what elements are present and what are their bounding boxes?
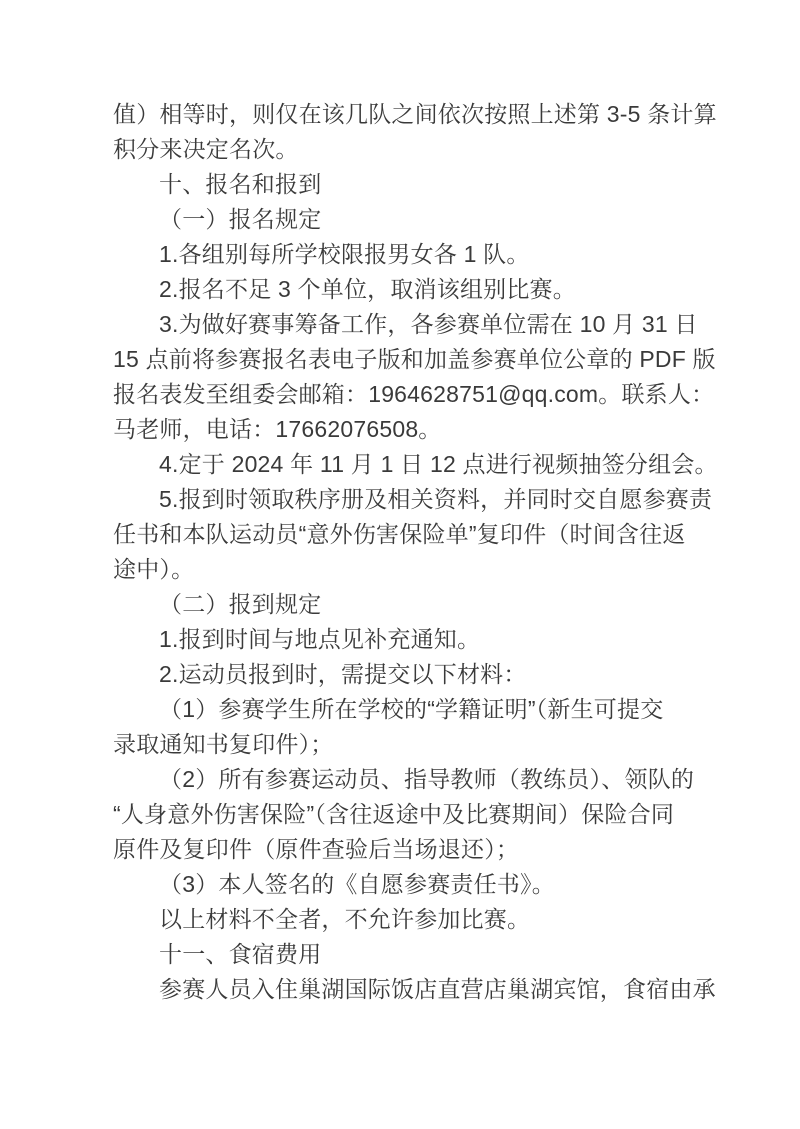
text-line: 2.报名不足 3 个单位，取消该组别比赛。 bbox=[113, 272, 713, 307]
text-line: 十一、食宿费用 bbox=[113, 937, 713, 972]
text-line: 任书和本队运动员“意外伤害保险单”复印件（时间含往返 bbox=[113, 517, 713, 552]
text-line: 录取通知书复印件）； bbox=[113, 727, 713, 762]
text-line: 参赛人员入住巢湖国际饭店直营店巢湖宾馆，食宿由承 bbox=[113, 972, 713, 1007]
text-line: 马老师，电话：17662076508。 bbox=[113, 412, 713, 447]
text-line: 3.为做好赛事筹备工作，各参赛单位需在 10 月 31 日 bbox=[113, 307, 713, 342]
text-line: 1.各组别每所学校限报男女各 1 队。 bbox=[113, 237, 713, 272]
text-line: “人身意外伤害保险”（含往返途中及比赛期间）保险合同 bbox=[113, 797, 713, 832]
text-line: 5.报到时领取秩序册及相关资料，并同时交自愿参赛责 bbox=[113, 482, 713, 517]
text-line: （3）本人签名的《自愿参赛责任书》。 bbox=[113, 867, 713, 902]
text-line: 1.报到时间与地点见补充通知。 bbox=[113, 622, 713, 657]
text-line: 15 点前将参赛报名表电子版和加盖参赛单位公章的 PDF 版 bbox=[113, 342, 713, 377]
text-line: 值）相等时，则仅在该几队之间依次按照上述第 3-5 条计算 bbox=[113, 97, 713, 132]
text-line: （1）参赛学生所在学校的“学籍证明”（新生可提交 bbox=[113, 692, 713, 727]
text-line: 2.运动员报到时，需提交以下材料： bbox=[113, 657, 713, 692]
text-line: 积分来决定名次。 bbox=[113, 132, 713, 167]
text-line: （一）报名规定 bbox=[113, 202, 713, 237]
text-line: （2）所有参赛运动员、指导教师（教练员）、领队的 bbox=[113, 762, 713, 797]
text-line: 以上材料不全者，不允许参加比赛。 bbox=[113, 902, 713, 937]
text-line: 原件及复印件（原件查验后当场退还）； bbox=[113, 832, 713, 867]
text-line: 十、报名和报到 bbox=[113, 167, 713, 202]
text-line: （二）报到规定 bbox=[113, 587, 713, 622]
text-line: 4.定于 2024 年 11 月 1 日 12 点进行视频抽签分组会。 bbox=[113, 447, 713, 482]
document-page: 值）相等时，则仅在该几队之间依次按照上述第 3-5 条计算积分来决定名次。十、报… bbox=[0, 0, 800, 1129]
document-text-block: 值）相等时，则仅在该几队之间依次按照上述第 3-5 条计算积分来决定名次。十、报… bbox=[113, 97, 713, 1007]
text-line: 途中）。 bbox=[113, 552, 713, 587]
text-line: 报名表发至组委会邮箱：1964628751@qq.com。联系人： bbox=[113, 377, 713, 412]
